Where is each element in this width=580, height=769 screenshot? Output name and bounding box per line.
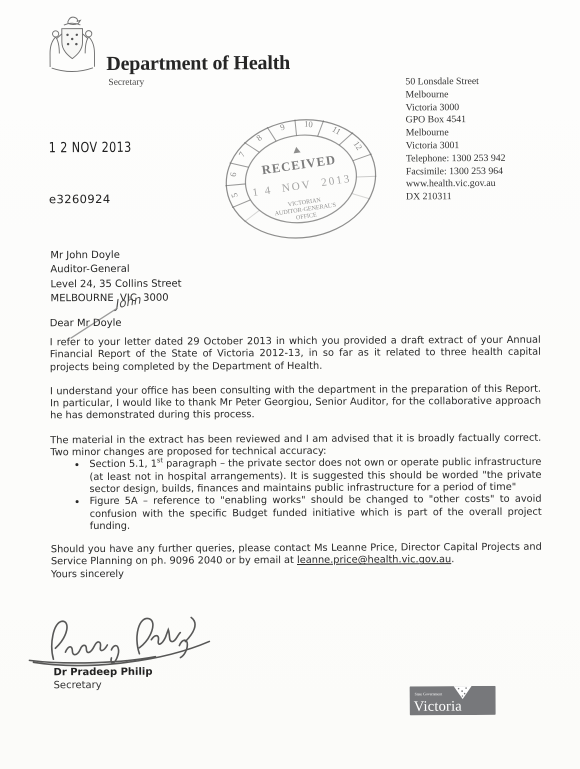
address-line: www.health.vic.gov.au <box>406 178 506 191</box>
address-line: Melbourne <box>406 127 506 140</box>
paragraph: I refer to your letter dated 29 October … <box>50 335 541 374</box>
stamp-emblem-icon <box>293 146 301 153</box>
dial-number: 11 <box>331 124 343 137</box>
received-date: 1 4 NOV 2013 <box>252 173 352 199</box>
address-line: DX 210311 <box>406 191 506 204</box>
paragraph: I understand your office has been consul… <box>50 384 541 423</box>
dial-number: 5 <box>229 192 240 199</box>
email-link: leanne.price@health.vic.gov.au <box>297 555 451 567</box>
dial-number: 12 <box>351 139 364 152</box>
change-list: Section 5.1, 1st paragraph – the private… <box>50 457 541 533</box>
scan-content: Department of Health Secretary 50 Lonsda… <box>0 0 580 769</box>
dial-number: 8 <box>254 132 264 142</box>
bullet-text: Section 5.1, 1 <box>89 459 157 470</box>
salutation: Dear Mr Doyle <box>50 318 122 329</box>
address-line: Victoria 3001 <box>406 140 506 153</box>
paragraph: The material in the extract has been rev… <box>50 432 541 459</box>
victoria-coat-of-arms-icon <box>47 13 97 75</box>
date-stamp: 1 2 NOV 2013 <box>49 140 132 156</box>
logo-large-text: Victoria <box>414 699 463 715</box>
recipient-line: Level 24, 35 Collins Street <box>50 277 181 292</box>
address-line: Victoria 3000 <box>406 101 506 114</box>
list-item: Section 5.1, 1st paragraph – the private… <box>87 457 541 496</box>
dial-number: 9 <box>279 122 286 133</box>
address-line: GPO Box 4541 <box>406 114 506 127</box>
list-item: Figure 5A – reference to "enabling works… <box>88 494 542 533</box>
address-line: 50 Lonsdale Street <box>405 76 505 89</box>
department-title: Department of Health <box>106 52 290 76</box>
received-stamp: 5 6 7 8 9 10 11 12 RECEIVED 1 4 NOV 2013… <box>221 116 382 247</box>
received-label: RECEIVED <box>261 153 337 178</box>
dial-number: 7 <box>236 149 247 158</box>
head-office-address: 50 Lonsdale Street Melbourne Victoria 30… <box>405 76 505 204</box>
address-line: Melbourne <box>405 89 505 102</box>
paragraph-text: . <box>451 555 454 566</box>
recipient-line: Auditor-General <box>50 263 181 278</box>
state-government-victoria-logo: State Government Victoria <box>410 686 496 715</box>
recipient-line: Mr John Doyle <box>50 249 181 264</box>
logo-small-text: State Government <box>415 692 443 696</box>
letter-body: I refer to your letter dated 29 October … <box>50 335 542 582</box>
valediction: Yours sincerely <box>51 566 542 581</box>
signatory-title: Secretary <box>54 680 102 691</box>
dial-number: 10 <box>304 119 313 130</box>
bullet-text: Figure 5A – reference to "enabling works… <box>90 494 542 532</box>
scanned-letter-page: Department of Health Secretary 50 Lonsda… <box>0 0 580 769</box>
secretary-subtitle: Secretary <box>108 78 144 88</box>
reference-number: e3260924 <box>49 192 111 206</box>
address-line: Facsimile: 1300 253 964 <box>406 165 506 178</box>
address-line: Telephone: 1300 253 942 <box>406 153 506 166</box>
paragraph: Should you have any further queries, ple… <box>51 542 542 569</box>
dial-number: 6 <box>228 171 239 177</box>
signatory-name: Dr Pradeep Philip <box>53 667 152 679</box>
signature-handwriting <box>27 611 217 670</box>
